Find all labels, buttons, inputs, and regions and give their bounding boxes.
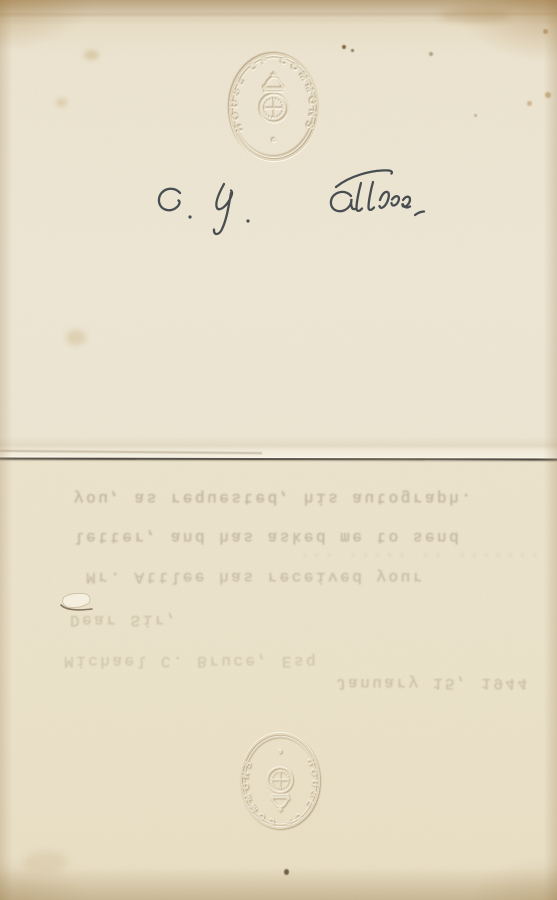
fold-highlight-band <box>0 437 557 459</box>
signature-stroke-a <box>331 192 355 211</box>
signature-crossbar-flourish <box>336 170 392 187</box>
signature-stroke-e2 <box>402 197 410 208</box>
speck <box>284 869 289 875</box>
house-of-commons-seal-bottom <box>231 723 329 840</box>
stain <box>24 852 68 872</box>
signature-end-dash <box>415 212 424 216</box>
ghost-line: letter, and has asked me to send <box>74 528 461 546</box>
signature-stroke-l <box>380 192 389 208</box>
ghost-line: you, as requested, his autograph. <box>74 489 473 507</box>
signature-stroke-c <box>159 189 180 210</box>
signature-dot-1 <box>188 215 191 218</box>
ghost-line: Michael C. Bruce, Esq <box>64 652 318 670</box>
signature-stroke-t2 <box>369 182 375 210</box>
signature-stroke-r <box>214 184 232 234</box>
stain <box>66 330 86 345</box>
signature-stroke-e1 <box>392 196 399 205</box>
paper-chip-flaw <box>52 585 112 625</box>
signature-dot-2 <box>246 219 249 222</box>
signature-stroke-t1 <box>357 183 363 211</box>
ghost-line: Mr. Attlee has received your <box>86 568 425 586</box>
signature <box>0 0 557 300</box>
ghost-line-faint: ··· ····· ·· ······· <box>300 546 542 564</box>
scanned-document-page: HOUSE OF COMMONS <box>0 0 557 900</box>
fold-crease-line <box>0 458 557 461</box>
ghost-line: January 15, 1944 <box>336 674 530 692</box>
